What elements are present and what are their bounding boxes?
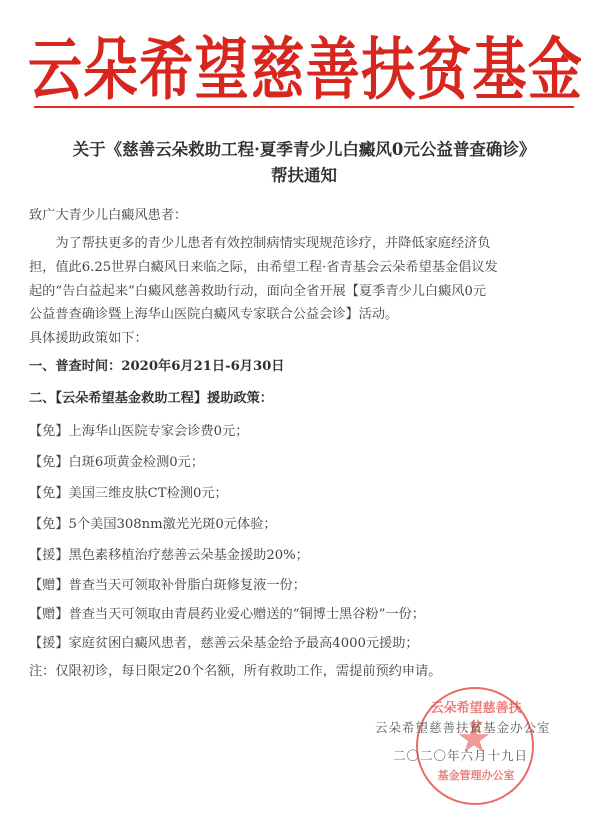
paragraph-line: 公益普查确诊暨上海华山医院白癜风专家联合公益会诊】活动。 xyxy=(29,303,398,322)
seal-bottom-text: 基金管理办公室 xyxy=(432,767,520,783)
masthead-char: 望 xyxy=(195,16,247,112)
policy-item: 【赠】普查当天可领取由青晨药业爱心赠送的“铜博士黑谷粉”一份； xyxy=(29,603,425,622)
masthead-char: 善 xyxy=(306,16,358,112)
policy-item: 【免】上海华山医院专家会诊费0元； xyxy=(29,420,248,439)
signature-org: 云朵希望慈善扶贫基金办公室 xyxy=(375,718,551,736)
policy-item: 【免】美国三维皮肤CT检测0元； xyxy=(29,482,228,501)
paragraph-line: 起的“告白益起来”白癜风慈善救助行动，面向全省开展【夏季青少儿白癜风0元 xyxy=(29,280,486,299)
masthead-char: 贫 xyxy=(417,16,469,112)
policy-item: 【赠】普查当天可领取补骨脂白斑修复液一份； xyxy=(29,574,306,593)
masthead-char: 云 xyxy=(28,16,80,112)
paragraph-line: 为了帮扶更多的青少儿患者有效控制病情实现规范诊疗，并降低家庭经济负 xyxy=(29,232,491,251)
notice-title-line1: 关于《慈善云朵救助工程·夏季青少儿白癜风0元公益普查确诊》 xyxy=(20,136,588,160)
masthead-char: 基 xyxy=(472,16,524,112)
red-divider xyxy=(34,106,574,108)
masthead-char: 慈 xyxy=(250,16,302,112)
salutation: 致广大青少儿白癜风患者： xyxy=(29,204,187,223)
masthead-char: 希 xyxy=(139,16,191,112)
policy-intro: 具体援助政策如下： xyxy=(29,327,148,346)
masthead-char: 朵 xyxy=(84,16,136,112)
policy-item: 【免】5个美国308nm激光光斑0元体验； xyxy=(29,513,277,532)
section-aid-policy: 二、【云朵希望基金救助工程】援助政策： xyxy=(29,387,273,406)
masthead-char: 扶 xyxy=(361,16,413,112)
masthead-char: 金 xyxy=(528,16,580,112)
note: 注：仅限初诊，每日限定20个名额，所有救助工作，需提前预约申请。 xyxy=(29,660,441,679)
policy-item: 【免】白斑6项黄金检测0元； xyxy=(29,451,204,470)
signature-date: 二〇二〇年六月十九日 xyxy=(393,746,528,764)
masthead-title: 云 朵 希 望 慈 善 扶 贫 基 金 xyxy=(28,14,580,114)
notice-title-line2: 帮扶通知 xyxy=(20,162,588,186)
paragraph-line: 担，值此6.25世界白癜风日来临之际，由希望工程·省青基会云朵希望基金倡议发 xyxy=(29,256,498,275)
policy-item: 【援】家庭贫困白癜风患者，慈善云朵基金给予最高4000元援助； xyxy=(29,632,419,651)
policy-item: 【援】黑色素移植治疗慈善云朵基金援助20%； xyxy=(29,544,309,563)
section-survey-time: 一、普查时间：2020年6月21日-6月30日 xyxy=(29,355,284,374)
